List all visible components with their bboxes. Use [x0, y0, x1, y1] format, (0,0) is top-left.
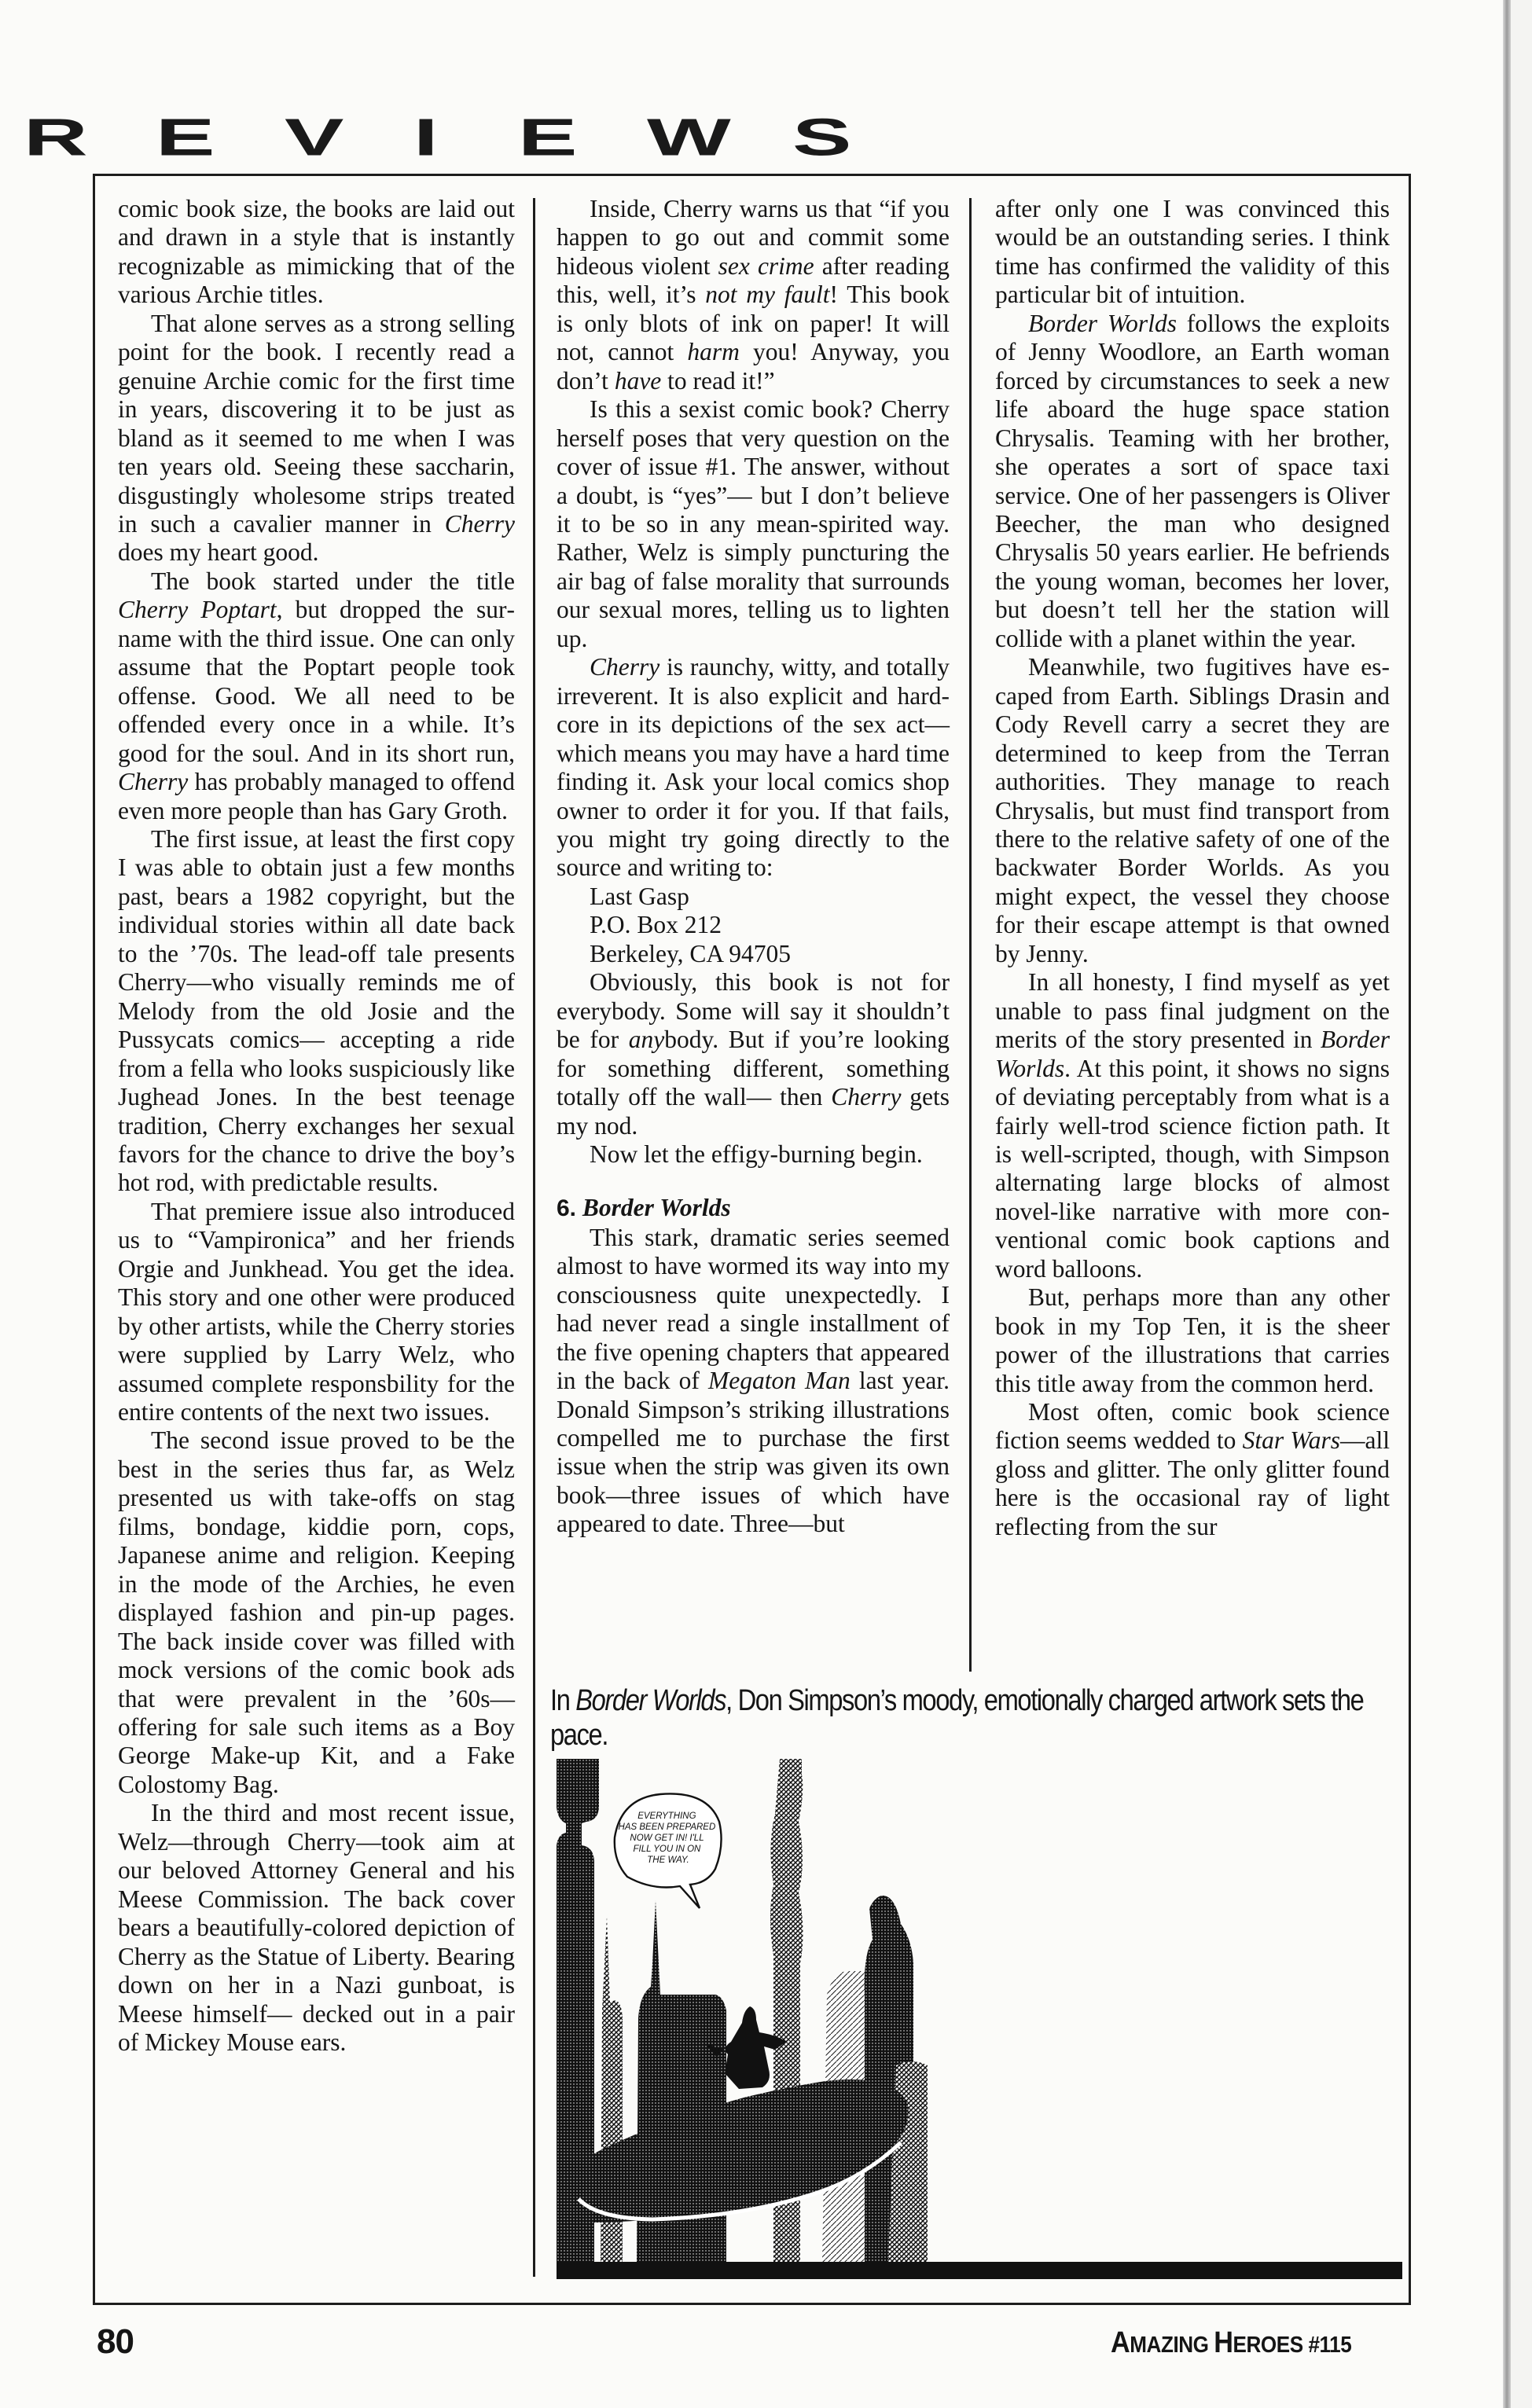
- article-paragraph: Cherry is raunchy, witty, and totally ir…: [557, 653, 950, 883]
- title-letter: E: [518, 111, 577, 163]
- italic-title: Cherry: [590, 653, 659, 681]
- article-paragraph: Is this a sexist comic book? Cherry hers…: [557, 395, 950, 653]
- article-paragraph: Meanwhile, two fugitives have es­caped f…: [995, 653, 1390, 968]
- italic-title: not my fault: [705, 281, 829, 308]
- article-paragraph: This stark, dramatic series seemed almos…: [557, 1224, 950, 1539]
- article-column-2: Inside, Cherry warns us that “if you hap…: [557, 195, 950, 1539]
- section-title-reviews: R E V I E W S: [24, 93, 833, 163]
- italic-title: Cherry: [831, 1083, 901, 1110]
- title-letter: E: [156, 111, 215, 163]
- balloon-line: EVERYTHING: [637, 1812, 696, 1821]
- article-paragraph: That premiere issue also intro­duced us …: [118, 1198, 515, 1427]
- magazine-issue-label: AMAZING HEROES #115: [1111, 2326, 1351, 2360]
- article-paragraph: But, perhaps more than any other book in…: [995, 1283, 1390, 1398]
- page-number: 80: [97, 2322, 134, 2362]
- article-paragraph: Obviously, this book is not for everybod…: [557, 968, 950, 1140]
- article-paragraph: Border Worlds follows the exploits of Je…: [995, 310, 1390, 653]
- title-letter: W: [647, 111, 731, 163]
- article-paragraph: after only one I was convinced this woul…: [995, 195, 1390, 310]
- italic-title: Cherry: [118, 768, 188, 795]
- page-edge: [1511, 0, 1532, 2408]
- review-heading-border-worlds: 6. Border Worlds: [557, 1194, 950, 1223]
- column-divider-2: [969, 198, 972, 1672]
- article-column-3: after only one I was convinced this woul…: [995, 195, 1390, 1541]
- article-paragraph: The second issue proved to be the best i…: [118, 1426, 515, 1799]
- caption-title: Border Worlds: [575, 1684, 726, 1717]
- title-letter: R: [24, 111, 88, 163]
- italic-title: any: [629, 1026, 664, 1053]
- article-column-1: comic book size, the books are laid out …: [118, 195, 515, 2057]
- italic-title: sex crime: [718, 252, 814, 280]
- italic-title: Star Wars: [1243, 1426, 1340, 1454]
- italic-title: Border Worlds: [1028, 310, 1177, 337]
- article-paragraph: Most often, comic book science fiction s…: [995, 1398, 1390, 1541]
- comic-panel-illustration: EVERYTHING HAS BEEN PREPARED NOW GET IN!…: [550, 1759, 1402, 2292]
- title-letter: I: [413, 111, 438, 163]
- article-paragraph: In all honesty, I find myself as yet una…: [995, 968, 1390, 1283]
- figure-caption: In Border Worlds, Don Simpson’s moody, e…: [550, 1683, 1395, 1753]
- italic-title: harm: [687, 338, 740, 365]
- mailing-address-line: P.O. Box 212: [557, 911, 950, 939]
- italic-title: Cherry Poptart: [118, 596, 277, 623]
- page-spine-shadow: [1503, 0, 1511, 2408]
- title-letter: V: [285, 111, 344, 163]
- italic-title: Cherry: [445, 510, 515, 538]
- article-paragraph: comic book size, the books are laid out …: [118, 195, 515, 310]
- italic-title: have: [615, 367, 661, 395]
- mailing-address-line: Berkeley, CA 94705: [557, 940, 950, 968]
- italic-title: Megaton Man: [708, 1367, 850, 1394]
- mailing-address-line: Last Gasp: [557, 883, 950, 911]
- title-letter: S: [792, 111, 851, 163]
- article-paragraph: Inside, Cherry warns us that “if you hap…: [557, 195, 950, 395]
- column-divider-1: [533, 198, 535, 2277]
- article-paragraph: The first issue, at least the first copy…: [118, 825, 515, 1198]
- article-paragraph: That alone serves as a strong sell­ing p…: [118, 310, 515, 567]
- article-paragraph: Now let the effigy-burning begin.: [557, 1140, 950, 1169]
- article-paragraph: The book started under the title Cherry …: [118, 567, 515, 825]
- article-paragraph: In the third and most recent issue, Welz…: [118, 1799, 515, 2057]
